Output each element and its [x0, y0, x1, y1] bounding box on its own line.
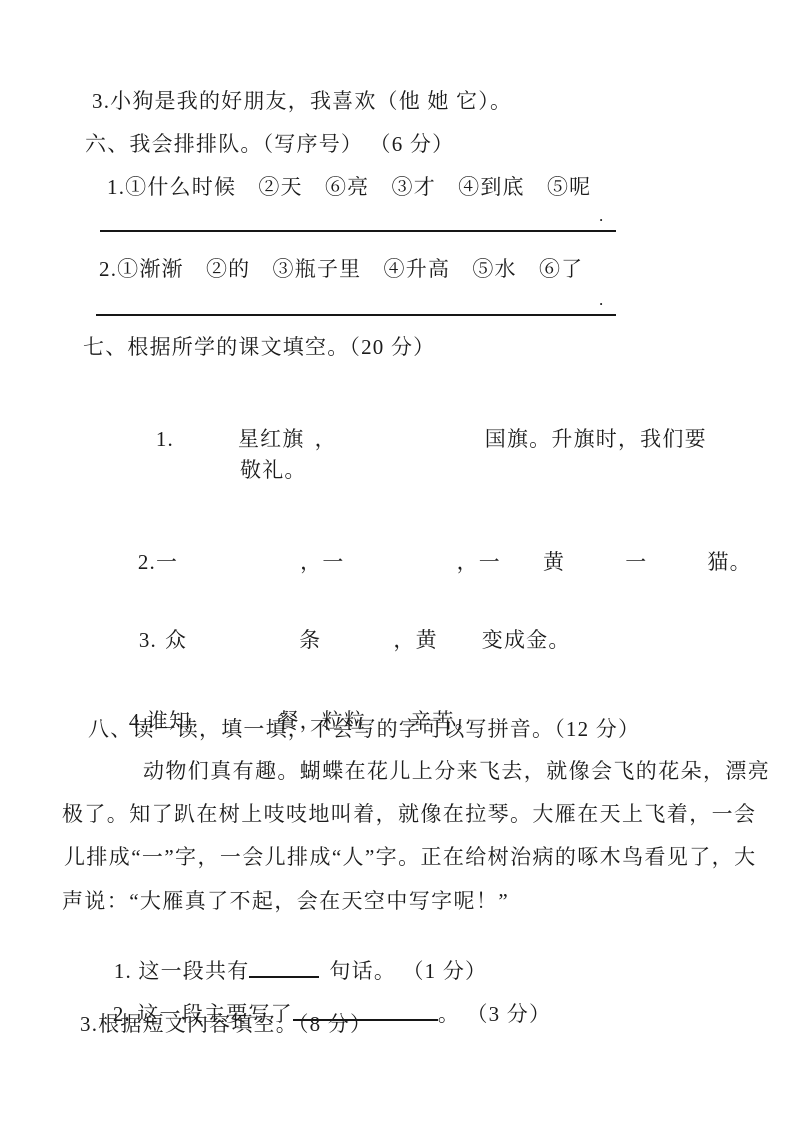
fill-blank-space [174, 445, 238, 446]
fill-blank-space [178, 568, 300, 569]
blank-line-2-period: . [599, 290, 603, 310]
sec6-item2-options: 2.①渐渐 ②的 ③瓶子里 ④升高 ⑤水 ⑥了 [99, 254, 583, 284]
question-text: 。 （3 分） [438, 999, 551, 1029]
sec7-item3: 3.众条，黄变成金。 [113, 595, 571, 685]
text-run: 变成金。 [482, 625, 571, 655]
blank-line-1-period: . [599, 206, 603, 226]
fill-blank-space [501, 568, 543, 569]
answer-blank-line-1 [100, 230, 616, 232]
sec6-title: 六、我会排排队。（写序号） （6 分） [85, 129, 454, 159]
fill-blank-space [157, 646, 165, 647]
text-run: ，黄 [393, 625, 437, 655]
item-number: 3. [139, 625, 157, 655]
passage-line-1: 动物们真有趣。蝴蝶在花儿上分来飞去，就像会飞的花朵，漂亮 [143, 756, 770, 786]
exam-page: 3.小狗是我的好朋友，我喜欢（他 她 它）。 六、我会排排队。（写序号） （6 … [0, 0, 793, 1122]
fill-blank-space [345, 568, 457, 569]
fill-blank-space [321, 646, 393, 647]
passage-line-2: 极了。知了趴在树上吱吱地叫着，就像在拉琴。大雁在天上飞着，一会 [62, 799, 756, 829]
text-run: 条 [299, 625, 321, 655]
text-run: 一 [625, 547, 647, 577]
sec8-title: 八、读一读，填一填，不会写的字可以写拼音。（12 分） [88, 714, 640, 744]
sec7-item2: 2.一，一，一黄一猫。 [112, 517, 752, 607]
item-number: 2. [138, 547, 156, 577]
text-run: ，一 [300, 547, 344, 577]
fill-blank-space [565, 568, 625, 569]
sec7-title: 七、根据所学的课文填空。（20 分） [83, 332, 435, 362]
sec8-question-3: 3.根据短文内容填空。（8 分） [80, 1009, 372, 1039]
passage-line-3: 儿排成“一”字，一会儿排成“人”字。正在给树治病的啄木鸟看见了，大 [64, 842, 756, 872]
passage-line-4: 声说：“大雁真了不起，会在天空中写字呢！” [62, 886, 509, 916]
fill-blank-space [187, 646, 299, 647]
text-run: 一 [156, 547, 178, 577]
fill-blank-space [337, 445, 485, 446]
text-run: 黄 [543, 547, 565, 577]
text-run: ，一 [457, 547, 501, 577]
text-run: ， [315, 424, 337, 454]
text-run: 猫。 [707, 547, 751, 577]
fill-blank-space [305, 445, 315, 446]
fill-blank-space [438, 646, 482, 647]
answer-blank-line-2 [96, 314, 616, 316]
fill-blank-space [647, 568, 707, 569]
sec7-item1-line1: 1.星红旗，国旗。升旗时，我们要 [130, 394, 707, 484]
sec6-item1-options: 1.①什么时候 ②天 ⑥亮 ③才 ④到底 ⑤呢 [107, 172, 591, 202]
text-run: 国旗。升旗时，我们要 [485, 424, 707, 454]
text-run: 众 [165, 625, 187, 655]
text-run: 星红旗 [238, 424, 305, 454]
sec7-item1-line2: 敬礼。 [240, 455, 307, 485]
sec5-item3-text: 3.小狗是我的好朋友，我喜欢（他 她 它）。 [92, 86, 512, 116]
item-number: 1. [156, 424, 174, 454]
